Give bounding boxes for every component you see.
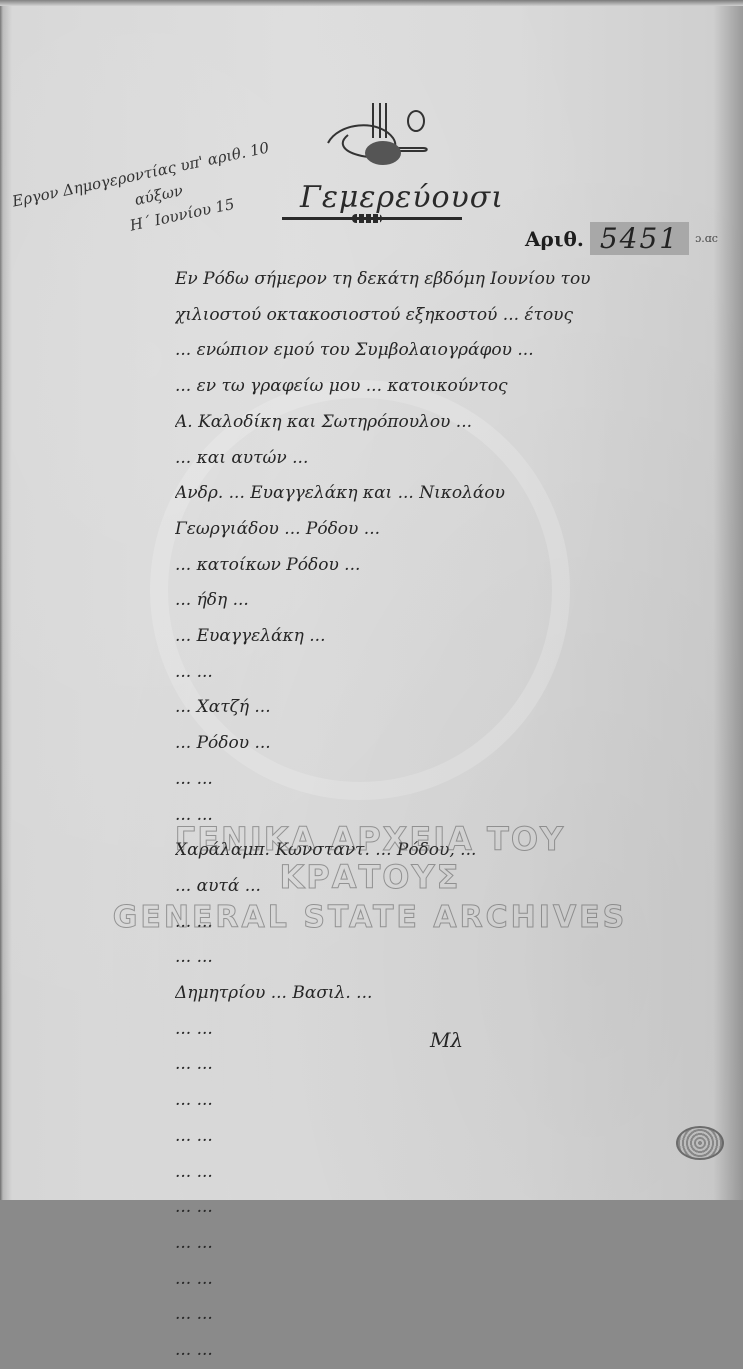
watermark-greek: ΓΕΝΙΚΑ ΑΡΧΕΙΑ ΤΟΥ ΚΡΑΤΟΥΣ — [90, 820, 650, 896]
body-line: ... ενώπιον εμού του Συμβολαιογράφου ... — [175, 333, 720, 369]
body-line: Α. Καλοδίκη και Σωτηρόπουλου ... — [175, 405, 720, 441]
document-page: Γεμερεύουσι Εργον Δημογεροντίας υπ' αριθ… — [0, 0, 743, 1200]
body-line: Εν Ρόδω σήμερον τη δεκάτη εβδόμη Ιουνίου… — [175, 262, 720, 298]
body-line: ... Ευαγγελάκη ... — [175, 619, 720, 655]
body-line: ... ... — [175, 1155, 720, 1191]
body-line: ... ... — [175, 1119, 720, 1155]
document-number: Αριθ. 5451 ɔ.ɑc — [525, 222, 718, 255]
body-line: Ανδρ. ... Ευαγγελάκη και ... Νικολάου — [175, 476, 720, 512]
body-line: Δημητρίου ... Βασιλ. ... — [175, 976, 720, 1012]
body-line: ... εν τω γραφείω μου ... κατοικούντος — [175, 369, 720, 405]
body-line: ... και αυτών ... — [175, 441, 720, 477]
document-title: Γεμερεύουσι — [300, 180, 504, 215]
body-line: ... ... — [175, 762, 720, 798]
body-line: ... ... — [175, 1083, 720, 1119]
number-value: 5451 — [590, 222, 689, 255]
body-line: ... ... — [175, 1047, 720, 1083]
body-line: ... ... — [175, 1190, 720, 1200]
signature: Μλ — [430, 1028, 463, 1052]
number-label: Αριθ. — [525, 227, 584, 251]
body-line: ... Ρόδου ... — [175, 726, 720, 762]
tughra-emblem-icon — [318, 103, 438, 173]
watermark-english: GENERAL STATE ARCHIVES — [90, 900, 650, 935]
archive-seal-icon — [676, 1126, 724, 1160]
handwritten-body: Εν Ρόδω σήμερον τη δεκάτη εβδόμη Ιουνίου… — [175, 262, 720, 1200]
body-line: ... ... — [175, 655, 720, 691]
body-line: ... Χατζή ... — [175, 690, 720, 726]
number-suffix: ɔ.ɑc — [695, 232, 718, 245]
archive-watermark: ΓΕΝΙΚΑ ΑΡΧΕΙΑ ΤΟΥ ΚΡΑΤΟΥΣ GENERAL STATE … — [90, 820, 650, 935]
title-underline — [282, 217, 462, 220]
body-line: ... κατοίκων Ρόδου ... — [175, 548, 720, 584]
body-line: χιλιοστού οκτακοσιοστού εξηκοστού ... έτ… — [175, 298, 720, 334]
body-line: Γεωργιάδου ... Ρόδου ... — [175, 512, 720, 548]
body-line: ... ήδη ... — [175, 583, 720, 619]
body-line: ... ... — [175, 940, 720, 976]
